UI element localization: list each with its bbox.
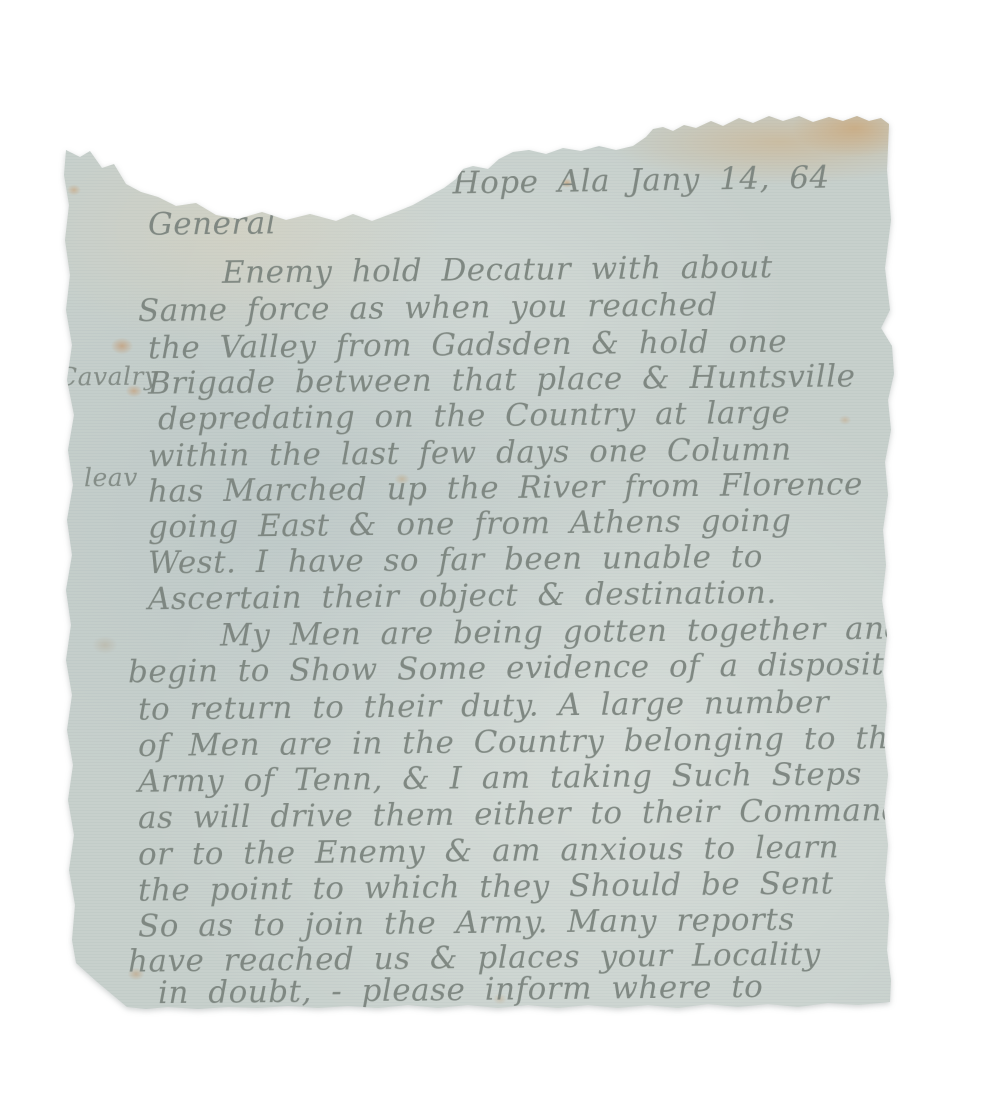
letter-photo: Mt Hope Ala Jany 14, 64 General Enemy ho… [0,0,1000,1095]
margin-note: Cavalry [58,361,159,391]
salutation: General [148,205,277,242]
letter-line: depredating on the Country at large [158,395,791,438]
letter-line: Enemy hold Decatur with about [222,249,773,291]
letter-paper: Mt Hope Ala Jany 14, 64 General Enemy ho… [0,0,1000,1095]
dateline: Mt Hope Ala Jany 14, 64 [388,160,830,203]
letter-line: Same force as when you reached [138,287,718,329]
letter-line: Ascertain their object & destination. [148,575,777,618]
margin-note: leav [84,463,138,493]
handwriting-layer: Mt Hope Ala Jany 14, 64 General Enemy ho… [0,0,1000,1095]
letter-line: in doubt, - please inform where to [158,969,764,1011]
paper-shadow-wrap: Mt Hope Ala Jany 14, 64 General Enemy ho… [0,0,1000,1095]
